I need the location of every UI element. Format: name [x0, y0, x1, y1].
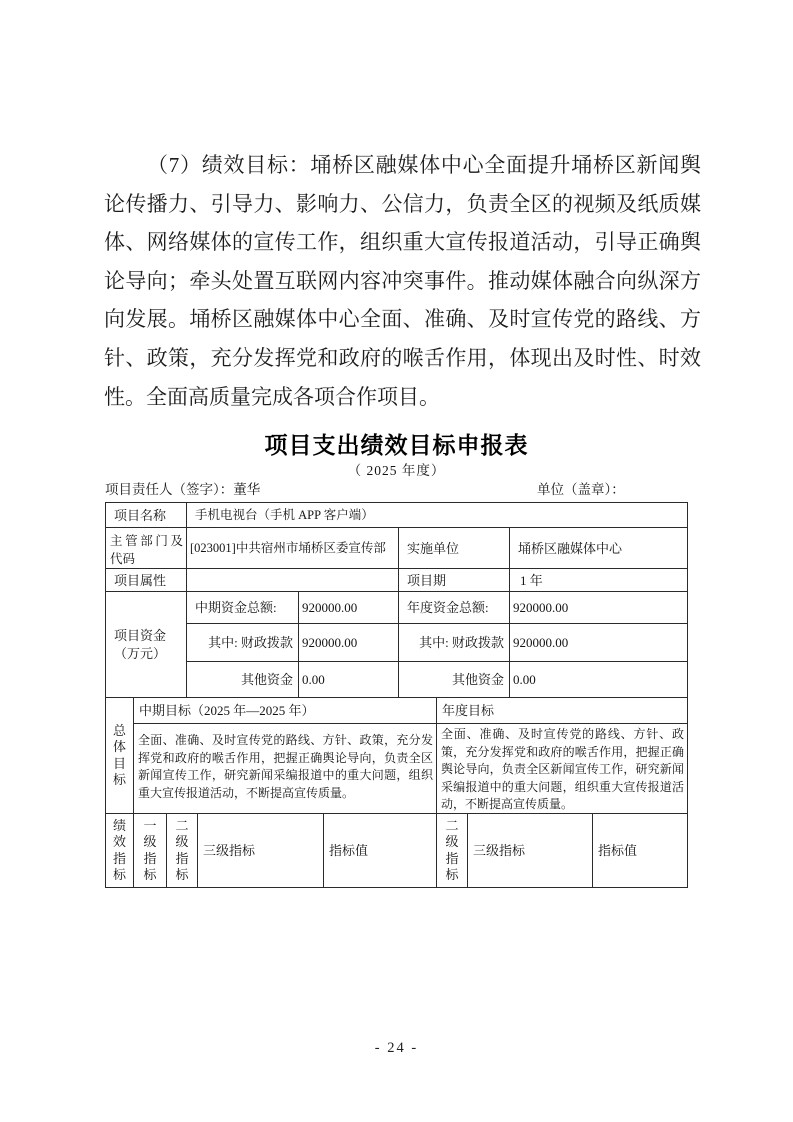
level2-indicator-label-right: 二级指标 — [436, 813, 468, 888]
indicator-value-label: 指标值 — [323, 813, 437, 888]
document-page: （7）绩效目标：埇桥区融媒体中心全面提升埇桥区新闻舆论传播力、引导力、影响力、公… — [0, 0, 793, 1122]
overall-goal-label: 总体目标 — [105, 697, 134, 814]
annual-total-label: 年度资金总额: — [398, 591, 510, 624]
unit-seal-line: 单位（盖章）： — [537, 478, 625, 498]
page-number: - 24 - — [0, 1040, 793, 1057]
mid-goal-text: 全面、准确、及时宣传党的路线、方针、政策，充分发挥党和政府的喉舌作用，把握正确舆… — [133, 723, 437, 814]
form-title: 项目支出绩效目标申报表 — [100, 427, 693, 460]
annual-fiscal-value: 920000.00 — [509, 623, 688, 662]
period-label: 项目期 — [398, 568, 510, 592]
mid-other-value: 0.00 — [298, 661, 399, 698]
mid-fiscal-value: 920000.00 — [298, 623, 399, 662]
responsible-person-line: 项目责任人（签字）：董华 — [105, 478, 260, 498]
annual-other-value: 0.00 — [509, 661, 688, 698]
performance-goal-paragraph: （7）绩效目标：埇桥区融媒体中心全面提升埇桥区新闻舆论传播力、引导力、影响力、公… — [104, 146, 701, 416]
impl-unit-label: 实施单位 — [398, 527, 510, 569]
annual-goal-header: 年度目标 — [436, 697, 688, 724]
project-name-label: 项目名称 — [105, 502, 187, 528]
mid-total-label: 中期资金总额: — [186, 591, 299, 624]
attr-label: 项目属性 — [105, 568, 187, 592]
perf-indicator-label: 绩效指标 — [105, 813, 134, 888]
level1-indicator-label: 一级指标 — [133, 813, 167, 888]
mid-other-label: 其他资金 — [186, 661, 299, 698]
dept-value: [023001]中共宿州市埇桥区委宣传部 — [186, 527, 399, 569]
funds-label: 项目资金 （万元） — [105, 591, 187, 698]
period-value: 1 年 — [509, 568, 688, 592]
level2-indicator-label: 二级指标 — [166, 813, 198, 888]
mid-total-value: 920000.00 — [298, 591, 399, 624]
project-name-value: 手机电视台（手机 APP 客户端） — [186, 502, 688, 528]
annual-fiscal-label: 其中: 财政拨款 — [398, 623, 510, 662]
mid-goal-header: 中期目标（2025 年—2025 年） — [133, 697, 437, 724]
impl-unit-value: 埇桥区融媒体中心 — [509, 527, 688, 569]
level3-indicator-label: 三级指标 — [197, 813, 324, 888]
dept-label: 主管部门及代码 — [105, 527, 187, 569]
level3-indicator-label-right: 三级指标 — [467, 813, 593, 888]
mid-fiscal-label: 其中: 财政拨款 — [186, 623, 299, 662]
annual-goal-text: 全面、准确、及时宣传党的路线、方针、政策，充分发挥党和政府的喉舌作用，把握正确舆… — [436, 723, 688, 814]
attr-value-empty — [186, 568, 399, 592]
annual-other-label: 其他资金 — [398, 661, 510, 698]
indicator-value-label-right: 指标值 — [592, 813, 688, 888]
annual-total-value: 920000.00 — [509, 591, 688, 624]
declaration-table: 项目名称 手机电视台（手机 APP 客户端） 主管部门及代码 [023001]中… — [105, 502, 688, 888]
form-year: （ 2025 年度） — [100, 459, 693, 479]
